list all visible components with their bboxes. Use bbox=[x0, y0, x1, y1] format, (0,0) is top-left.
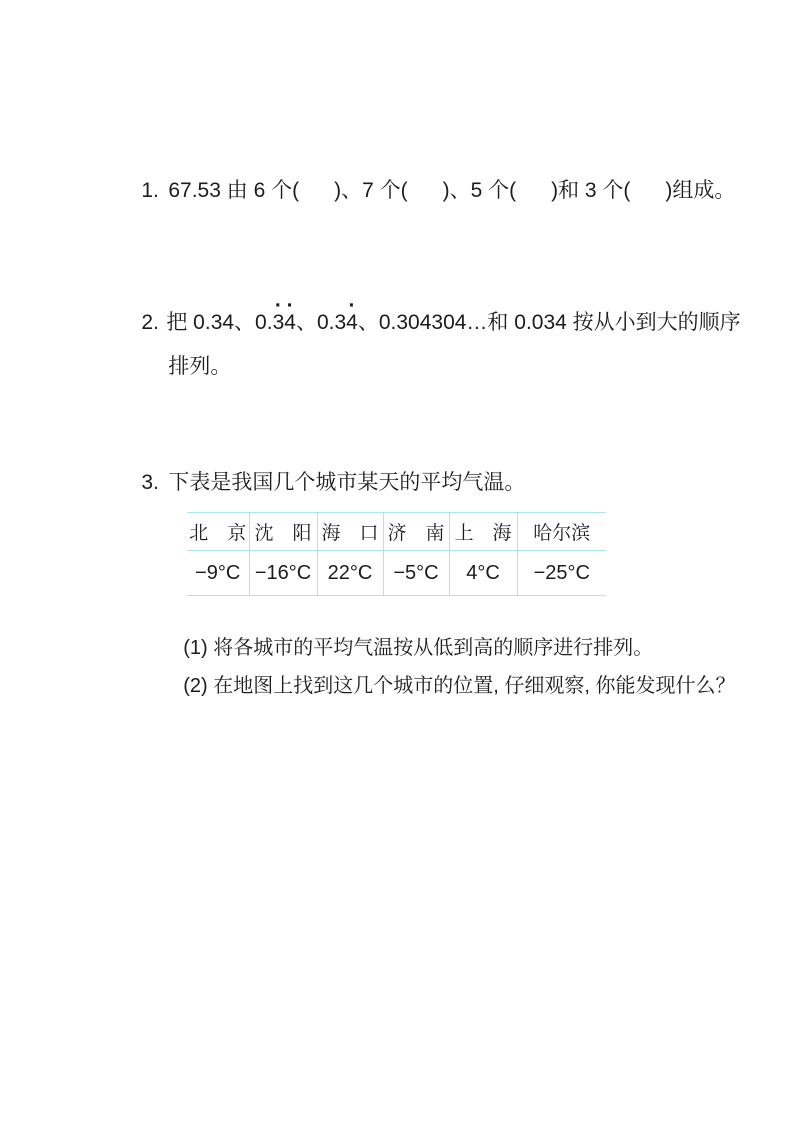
city-header-row: 北 京 沈 阳 海 口 济 南 上 海 哈尔滨 bbox=[187, 513, 606, 551]
overdot-mark: · bbox=[349, 295, 356, 316]
temperature-cell: −5°C bbox=[383, 551, 449, 596]
question-1: 1.67.53 由 6 个( )、7 个( )、5 个( )和 3 个( )组成… bbox=[118, 146, 735, 236]
question-1-text: 67.53 由 6 个( )、7 个( )、5 个( )和 3 个( )组成。 bbox=[168, 179, 735, 202]
question-2-line2: 排列。 bbox=[145, 322, 231, 412]
city-header-cell: 海 口 bbox=[317, 513, 383, 551]
city-header-cell: 沈 阳 bbox=[249, 513, 317, 551]
repeating-decimal-digit: ·3 bbox=[273, 308, 285, 338]
repeating-decimal-digit: ·4 bbox=[284, 308, 296, 338]
overdot-mark: · bbox=[287, 295, 294, 316]
question-3-number: 3. bbox=[141, 468, 168, 498]
question-2-text-seg2: 、0.3 bbox=[296, 311, 346, 334]
temperature-cell: −25°C bbox=[517, 551, 606, 596]
worksheet-page: 1.67.53 由 6 个( )、7 个( )、5 个( )和 3 个( )组成… bbox=[0, 0, 793, 1122]
temperature-row: −9°C −16°C 22°C −5°C 4°C −25°C bbox=[187, 551, 606, 596]
question-2-text-seg3: 、0.304304…和 0.034 按从小到大的顺序 bbox=[358, 311, 741, 334]
city-header-cell: 上 海 bbox=[449, 513, 517, 551]
temperature-cell: −16°C bbox=[249, 551, 317, 596]
question-2-line2-text: 排列。 bbox=[168, 355, 231, 378]
temperature-cell: 4°C bbox=[449, 551, 517, 596]
city-header-cell: 哈尔滨 bbox=[517, 513, 606, 551]
question-3-text: 下表是我国几个城市某天的平均气温。 bbox=[168, 471, 525, 494]
question-1-number: 1. bbox=[141, 176, 168, 206]
sub-question-2-text: (2) 在地图上找到这几个城市的位置, 仔细观察, 你能发现什么？ bbox=[183, 675, 735, 697]
repeating-decimal-digit: ·4 bbox=[346, 308, 358, 338]
temperature-cell: −9°C bbox=[187, 551, 249, 596]
sub-question-2: (2) 在地图上找到这几个城市的位置, 仔细观察, 你能发现什么？ bbox=[161, 644, 735, 728]
temperature-table: 北 京 沈 阳 海 口 济 南 上 海 哈尔滨 −9°C −16°C 22°C … bbox=[187, 512, 606, 596]
overdot-mark: · bbox=[275, 295, 282, 316]
city-header-cell: 北 京 bbox=[187, 513, 249, 551]
city-header-cell: 济 南 bbox=[383, 513, 449, 551]
temperature-cell: 22°C bbox=[317, 551, 383, 596]
